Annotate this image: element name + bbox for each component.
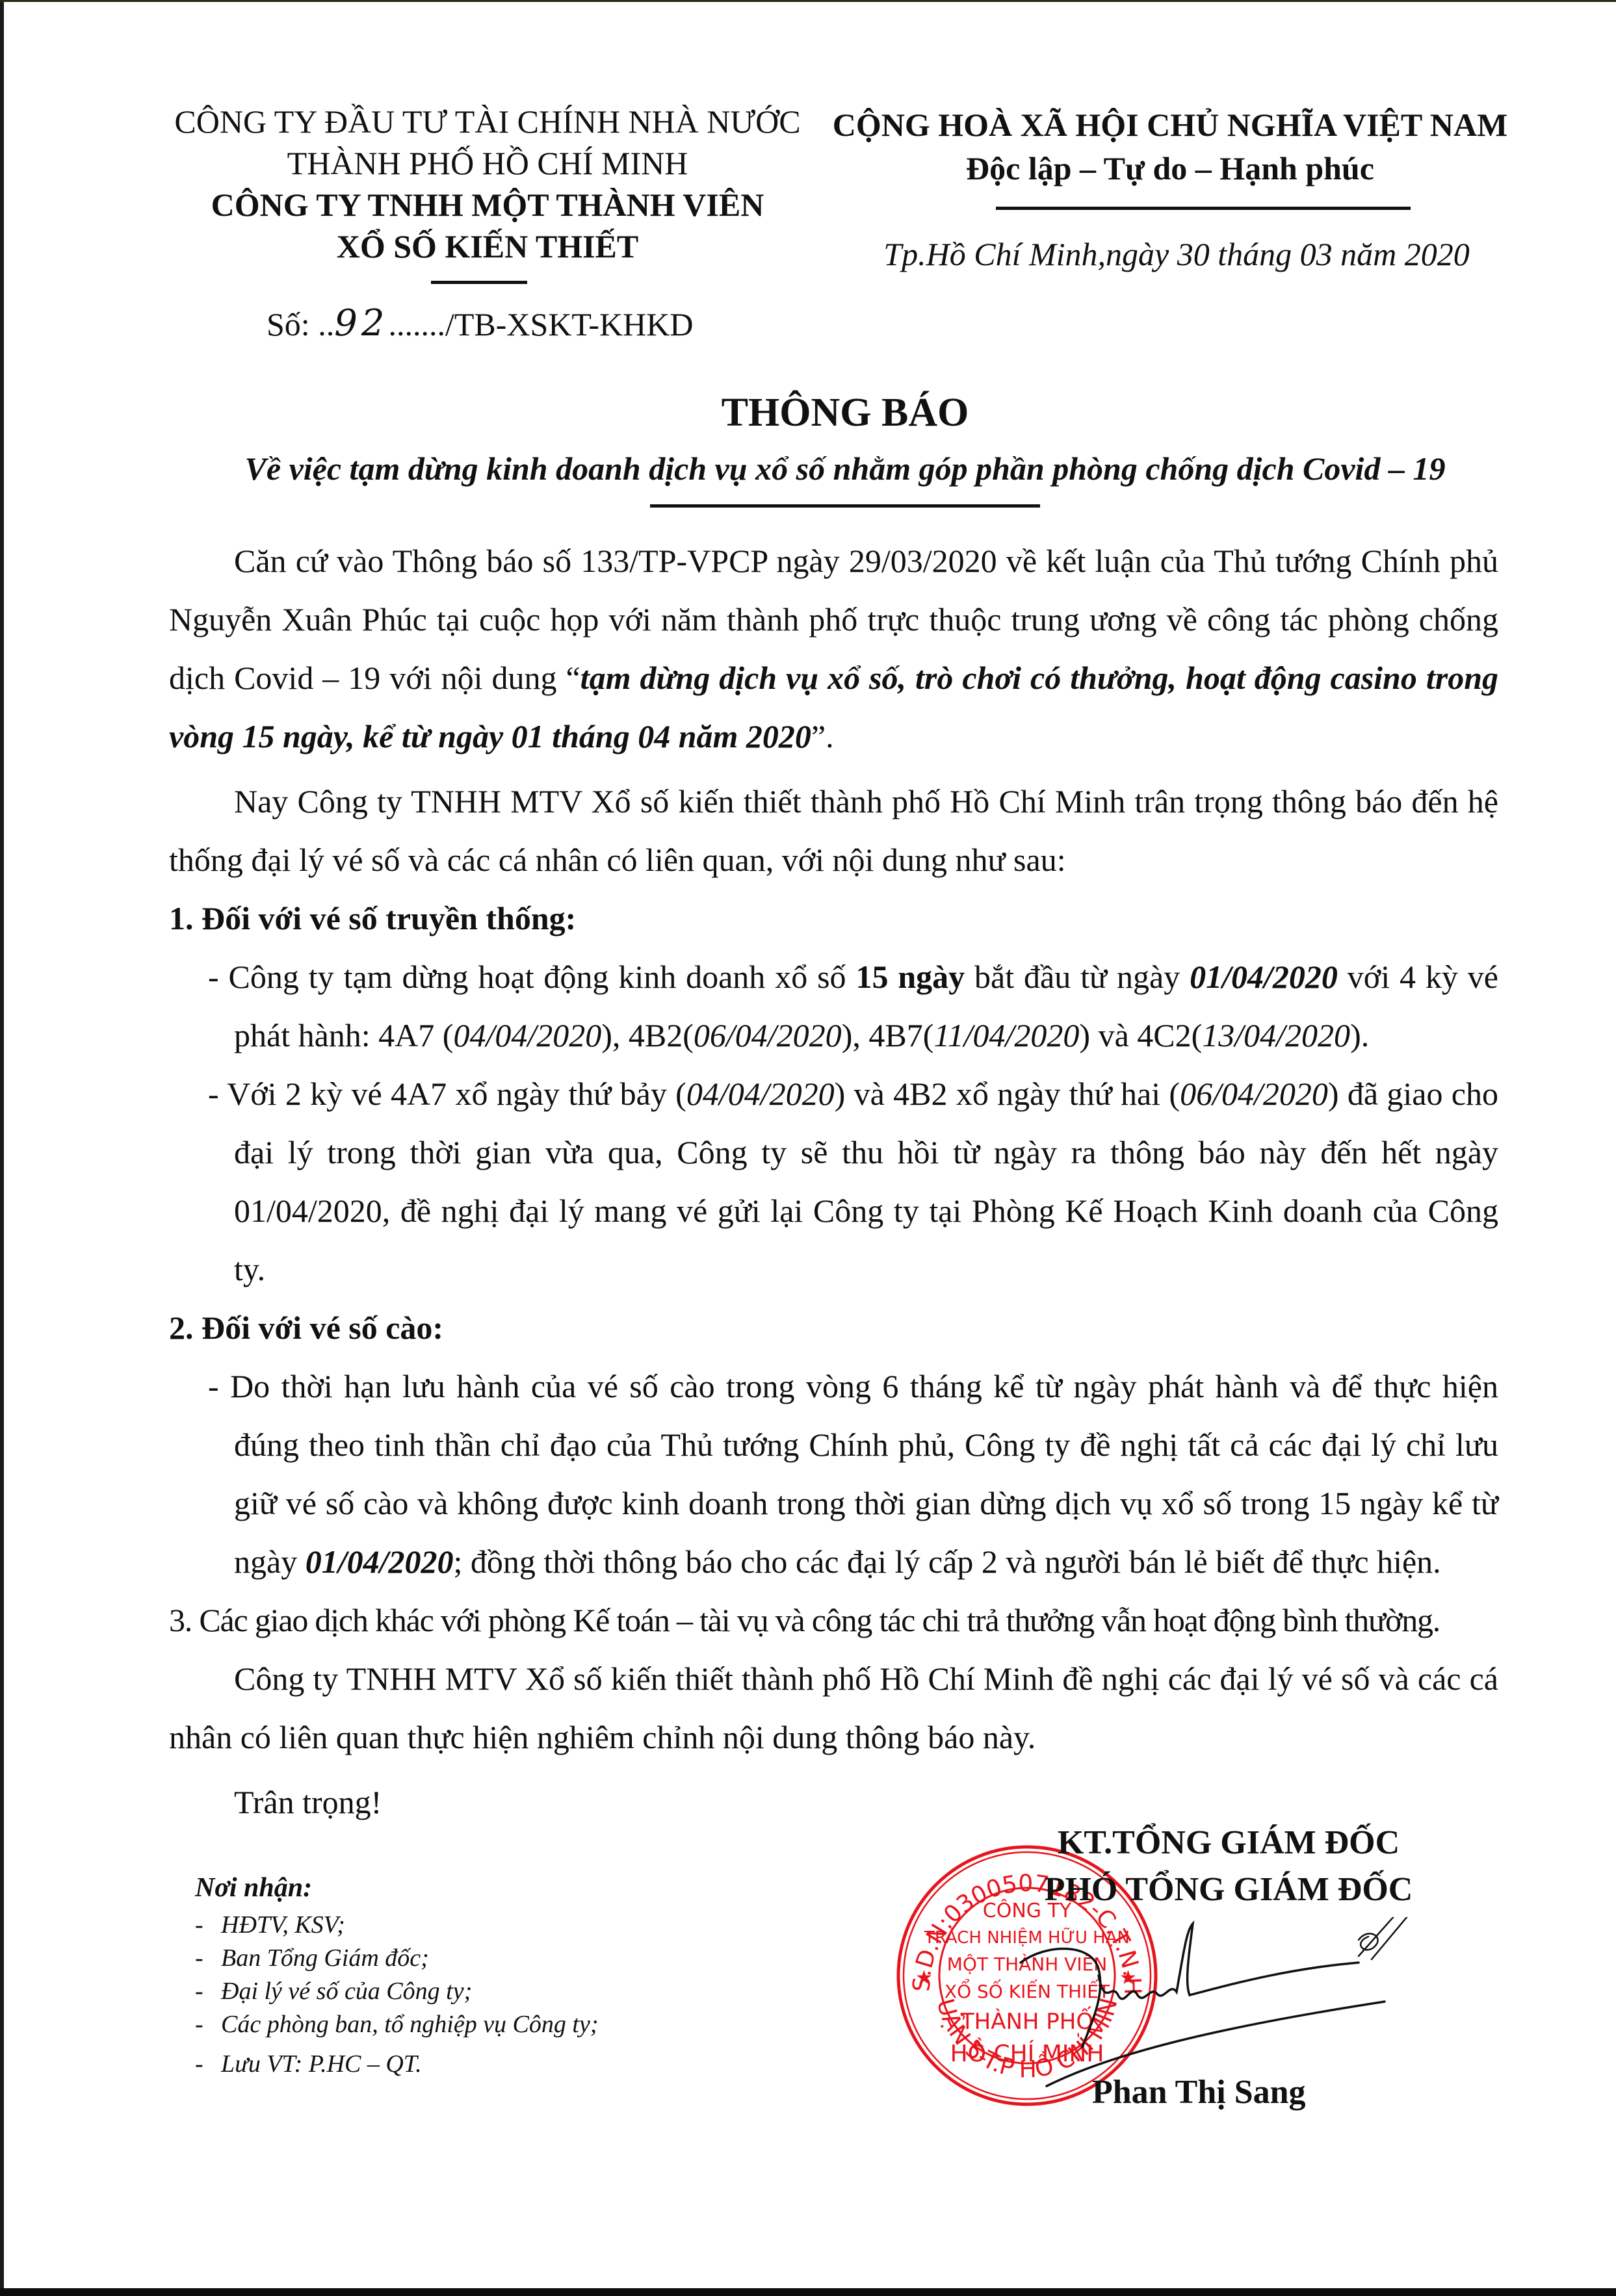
document-number: Số: ..92......./TB-XSKT-KHKD	[267, 302, 693, 344]
recipients-title: Nơi nhận:	[195, 1872, 715, 1905]
draw-date: 06/04/2020	[694, 1017, 842, 1053]
closing-paragraph: Công ty TNHH MTV Xổ số kiến thiết thành …	[169, 1649, 1498, 1766]
text: ; đồng thời thông báo cho các đại lý cấp…	[454, 1543, 1441, 1580]
section-2-bullet-1: - Do thời hạn lưu hành của vé số cào tro…	[169, 1357, 1498, 1591]
section-2-heading: 2. Đối với vé số cào:	[169, 1298, 1498, 1357]
motto-divider	[996, 207, 1411, 210]
basis-end: ”.	[811, 718, 834, 755]
issuer-divider	[431, 281, 527, 284]
section-1-heading: 1. Đối với vé số truyền thống:	[169, 889, 1498, 948]
paragraph-basis: Căn cứ vào Thông báo số 133/TP-VPCP ngày…	[169, 532, 1498, 766]
signature-title-block: KT.TỔNG GIÁM ĐỐC PHÓ TỔNG GIÁM ĐỐC	[936, 1820, 1521, 1913]
draw-date: 06/04/2020	[1180, 1076, 1328, 1112]
national-motto: Độc lập – Tự do – Hạnh phúc	[826, 146, 1515, 191]
text: ), 4B7(	[842, 1017, 934, 1053]
text: ), 4B2(	[601, 1017, 694, 1053]
section-3: 3. Các giao dịch khác với phòng Kế toán …	[169, 1591, 1498, 1649]
draw-date: 04/04/2020	[453, 1017, 601, 1053]
document-number-handwritten: 92	[334, 302, 388, 344]
recipient-item: Ban Tổng Giám đốc;	[195, 1942, 715, 1975]
place-date: Tp.Hồ Chí Minh,ngày 30 tháng 03 năm 2020	[839, 235, 1515, 273]
draw-date: 04/04/2020	[686, 1076, 835, 1112]
issuer-block: CÔNG TY ĐẦU TƯ TÀI CHÍNH NHÀ NƯỚC THÀNH …	[156, 101, 819, 267]
recipient-item: Đại lý vé số của Công ty;	[195, 1975, 715, 2008]
issuer-company-line: CÔNG TY TNHH MỘT THÀNH VIÊN	[156, 184, 819, 226]
document-title: THÔNG BÁO	[163, 390, 1528, 436]
national-header: CỘNG HOÀ XÃ HỘI CHỦ NGHĨA VIỆT NAM Độc l…	[826, 104, 1515, 191]
recipient-item: HĐTV, KSV;	[195, 1909, 715, 1942]
signature-title-deputy: PHÓ TỔNG GIÁM ĐỐC	[936, 1866, 1521, 1913]
text: - Với 2 kỳ vé 4A7 xổ ngày thứ bảy (	[208, 1076, 686, 1112]
text: - Công ty tạm dừng hoạt động kinh doanh …	[208, 959, 855, 995]
section-1-bullet-1: - Công ty tạm dừng hoạt động kinh doanh …	[169, 948, 1498, 1064]
draw-date: 13/04/2020	[1202, 1017, 1350, 1053]
document-body: Căn cứ vào Thông báo số 133/TP-VPCP ngày…	[169, 532, 1498, 1831]
text: ).	[1350, 1017, 1369, 1053]
national-title: CỘNG HOÀ XÃ HỘI CHỦ NGHĨA VIỆT NAM	[826, 104, 1515, 146]
subtitle-divider	[650, 504, 1040, 508]
issuer-company-name: XỔ SỐ KIẾN THIẾT	[156, 226, 819, 267]
recipient-item: Các phòng ban, tổ nghiệp vụ Công ty;	[195, 2008, 715, 2041]
signature-title-primary: KT.TỔNG GIÁM ĐỐC	[936, 1820, 1521, 1866]
document-number-label: Số: ..	[267, 306, 334, 342]
start-date: 01/04/2020	[306, 1543, 454, 1580]
document-number-suffix: ......./TB-XSKT-KHKD	[388, 306, 693, 342]
handwritten-signature-icon	[943, 1917, 1463, 2112]
recipient-item: Lưu VT: P.HC – QT.	[195, 2048, 715, 2081]
document-subtitle: Về việc tạm dừng kinh doanh dịch vụ xổ s…	[163, 450, 1528, 487]
text: ) và 4B2 xổ ngày thứ hai (	[835, 1076, 1180, 1112]
scan-edge-top	[0, 0, 1616, 2]
scan-edge-left	[0, 0, 4, 2296]
recipients-block: Nơi nhận: HĐTV, KSV; Ban Tổng Giám đốc; …	[195, 1872, 715, 2081]
issuer-parent-line: CÔNG TY ĐẦU TƯ TÀI CHÍNH NHÀ NƯỚC	[156, 101, 819, 142]
section-1-bullet-2: - Với 2 kỳ vé 4A7 xổ ngày thứ bảy (04/04…	[169, 1064, 1498, 1298]
duration: 15 ngày	[855, 959, 965, 995]
scan-edge-bottom	[0, 2288, 1616, 2296]
paragraph-announcement: Nay Công ty TNHH MTV Xổ số kiến thiết th…	[169, 772, 1498, 889]
draw-date: 11/04/2020	[933, 1017, 1079, 1053]
star-icon: ★	[915, 1967, 933, 1989]
text: ) và 4C2(	[1079, 1017, 1202, 1053]
issuer-city-line: THÀNH PHỐ HỒ CHÍ MINH	[156, 142, 819, 184]
start-date: 01/04/2020	[1190, 959, 1338, 995]
text: bắt đầu từ ngày	[965, 959, 1190, 995]
